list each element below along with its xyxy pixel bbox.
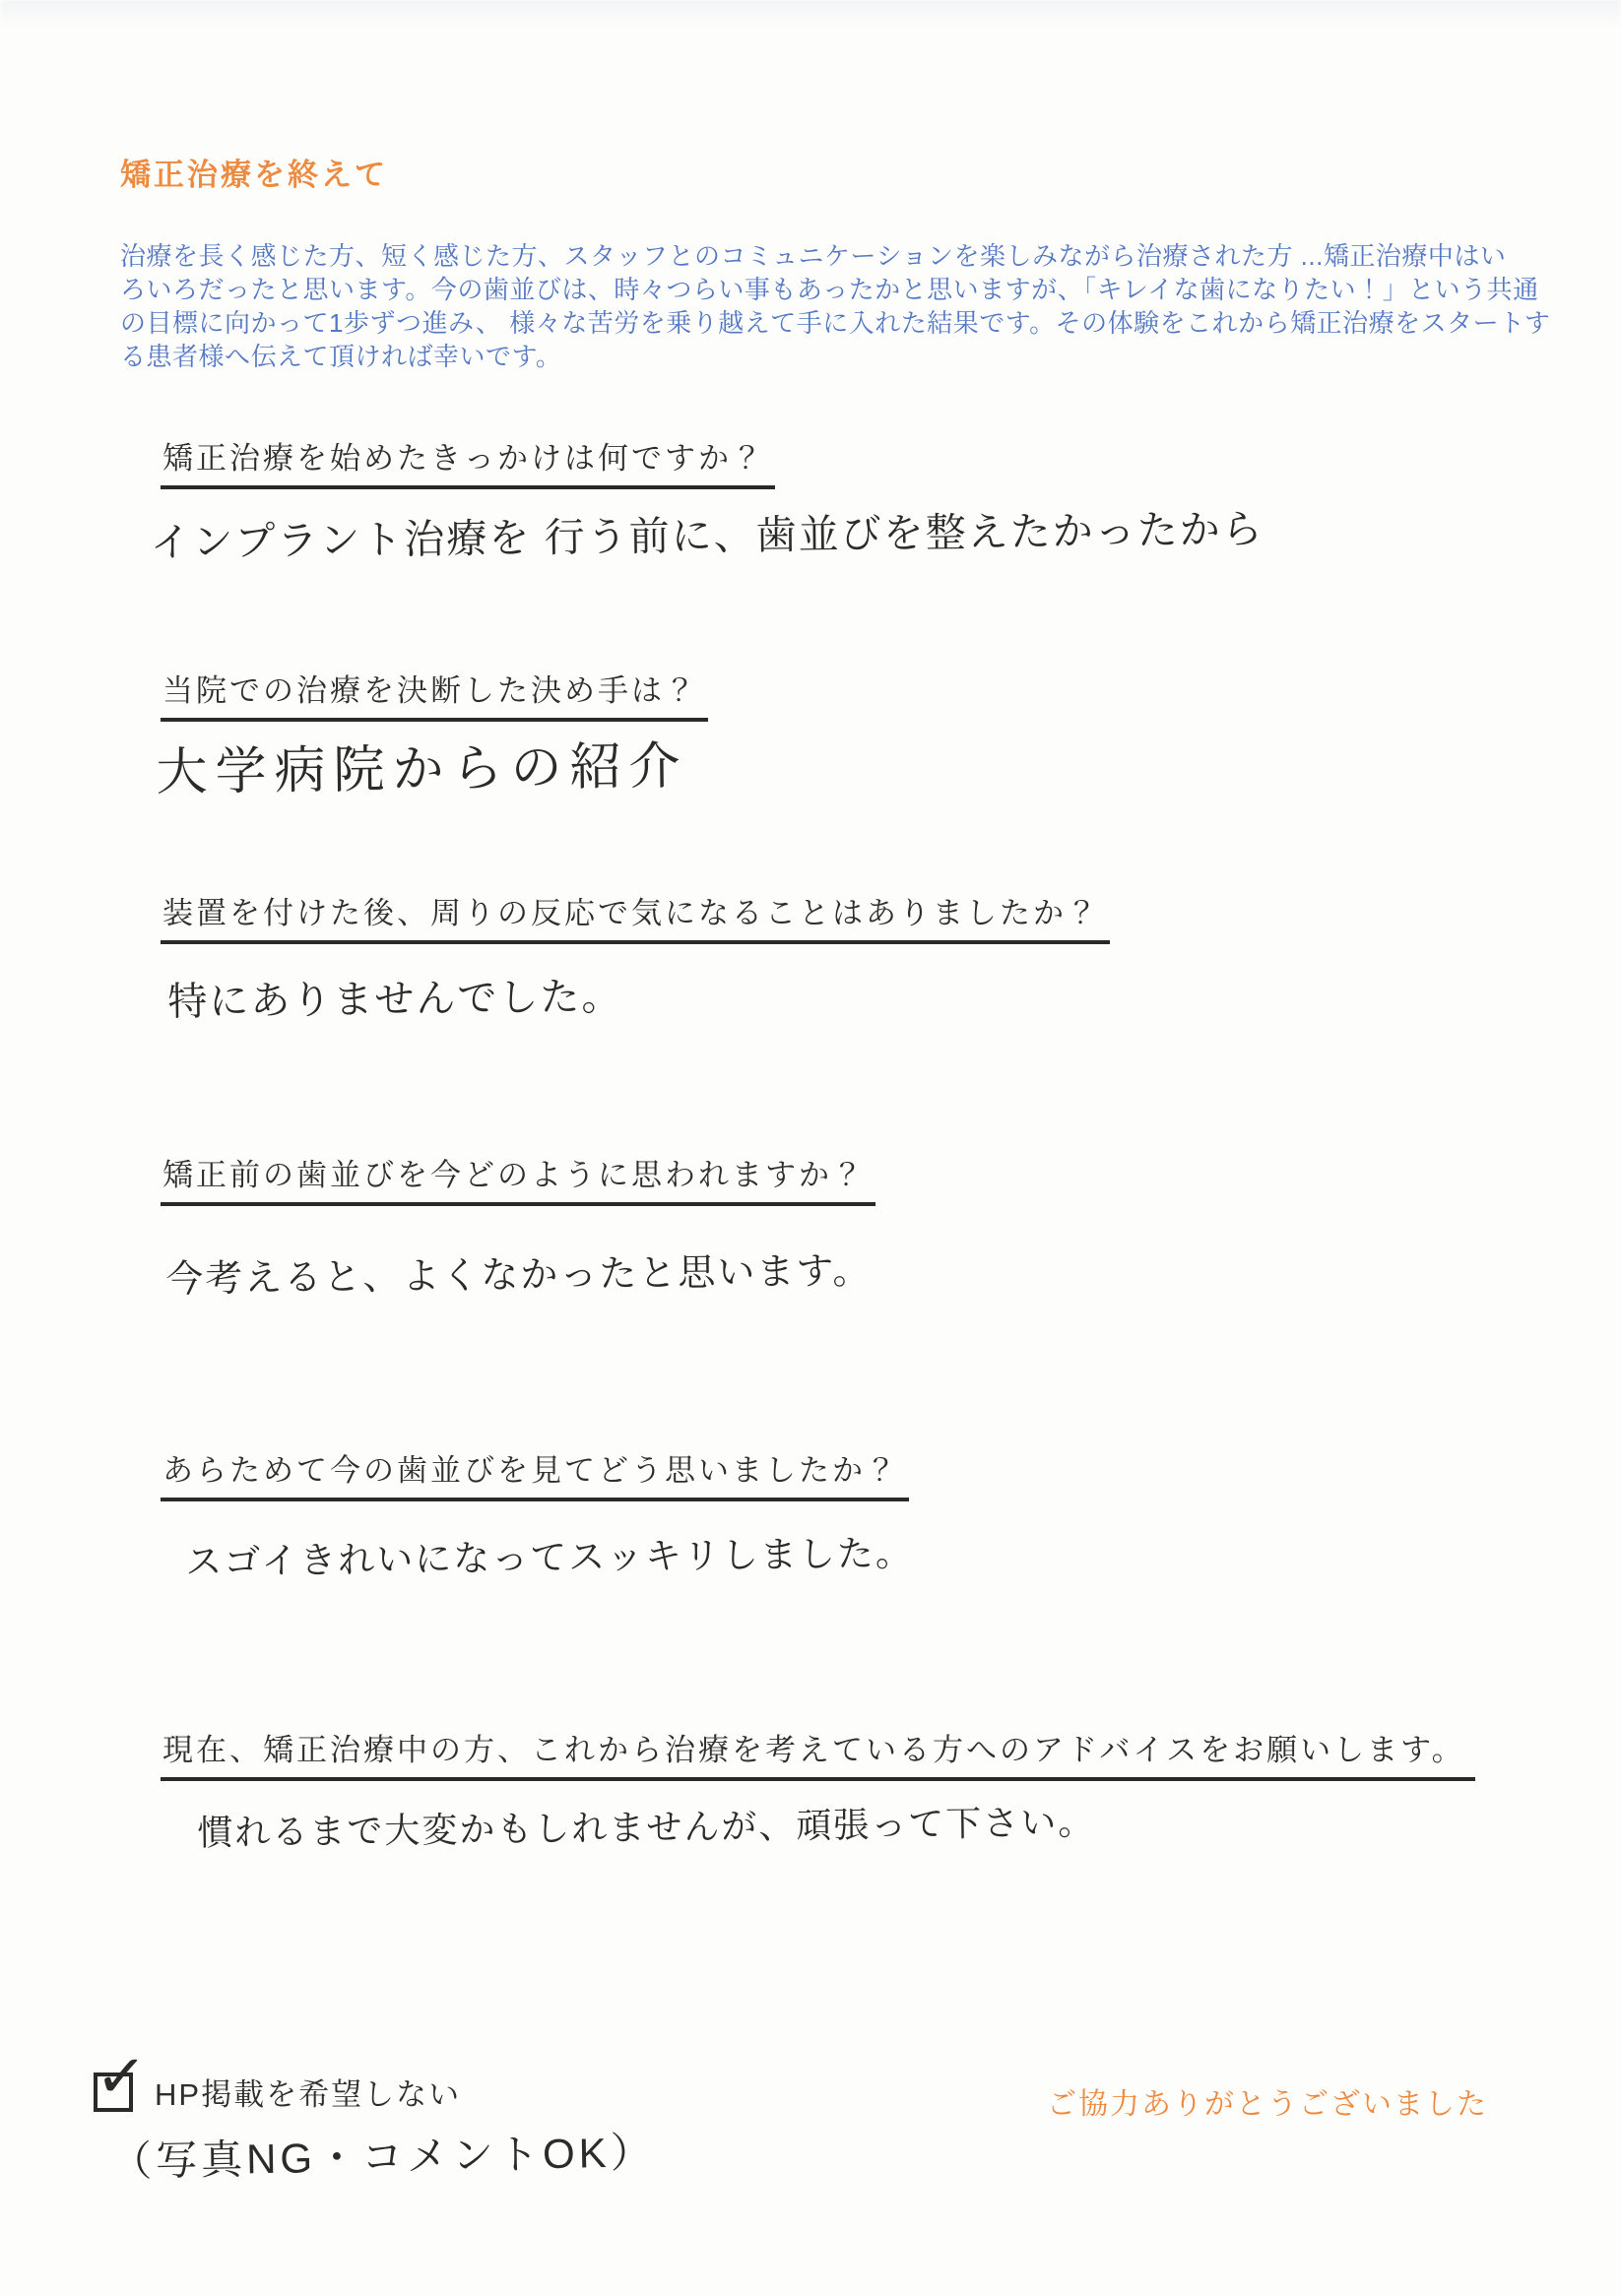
page-title: 矯正治療を終えて: [120, 150, 388, 194]
question-5-label: あらためて今の歯並びを見てどう思いましたか？: [161, 1445, 909, 1501]
handwritten-note: （写真NG・コメントOK）: [110, 2120, 657, 2189]
scan-artifact-top: [0, 0, 1621, 26]
intro-line: の目標に向かって1歩ずつ進み、 様々な苦労を乗り越えて手に入れた結果です。その体…: [120, 306, 1568, 340]
hp-consent-row: ✓ HP掲載を希望しない: [94, 2070, 461, 2114]
intro-line: る患者様へ伝えて頂ければ幸いです。: [120, 340, 1568, 373]
intro-line: 治療を長く感じた方、短く感じた方、スタッフとのコミュニケーションを楽しみながら治…: [120, 239, 1568, 273]
question-1-label: 矯正治療を始めたきっかけは何ですか？: [161, 433, 775, 489]
answer-5-handwriting: スゴイきれいになってスッキリしました。: [185, 1523, 914, 1585]
answer-2-handwriting: 大学病院からの紹介: [156, 724, 688, 804]
intro-paragraph: 治療を長く感じた方、短く感じた方、スタッフとのコミュニケーションを楽しみながら治…: [120, 239, 1568, 373]
question-3-label: 装置を付けた後、周りの反応で気になることはありましたか？: [161, 888, 1110, 944]
thanks-message: ご協力ありがとうございました: [1047, 2079, 1488, 2123]
question-6-label: 現在、矯正治療中の方、これから治療を考えている方へのアドバイスをお願いします。: [161, 1725, 1475, 1781]
answer-6-handwriting: 慣れるまで大変かもしれませんが、頑張って下さい。: [197, 1795, 1096, 1856]
answer-4-handwriting: 今考えると、よくなかったと思います。: [165, 1240, 873, 1303]
intro-line: ろいろだったと思います。今の歯並びは、時々つらい事もあったかと思いますが、「キレ…: [120, 273, 1568, 306]
question-2-label: 当院での治療を決断した決め手は？: [161, 666, 708, 722]
hp-checkbox-label: HP掲載を希望しない: [155, 2070, 461, 2114]
answer-3-handwriting: 特にありませんでした。: [167, 965, 623, 1027]
question-4-label: 矯正前の歯並びを今どのように思われますか？: [161, 1150, 875, 1206]
checkmark-icon: ✓: [94, 2045, 148, 2109]
scanned-questionnaire-page: 矯正治療を終えて 治療を長く感じた方、短く感じた方、スタッフとのコミュニケーショ…: [0, 0, 1621, 2296]
hp-checkbox[interactable]: ✓: [94, 2073, 133, 2112]
answer-1-handwriting: インプラント治療を 行う前に、歯並びを整えたかったから: [150, 496, 1264, 568]
